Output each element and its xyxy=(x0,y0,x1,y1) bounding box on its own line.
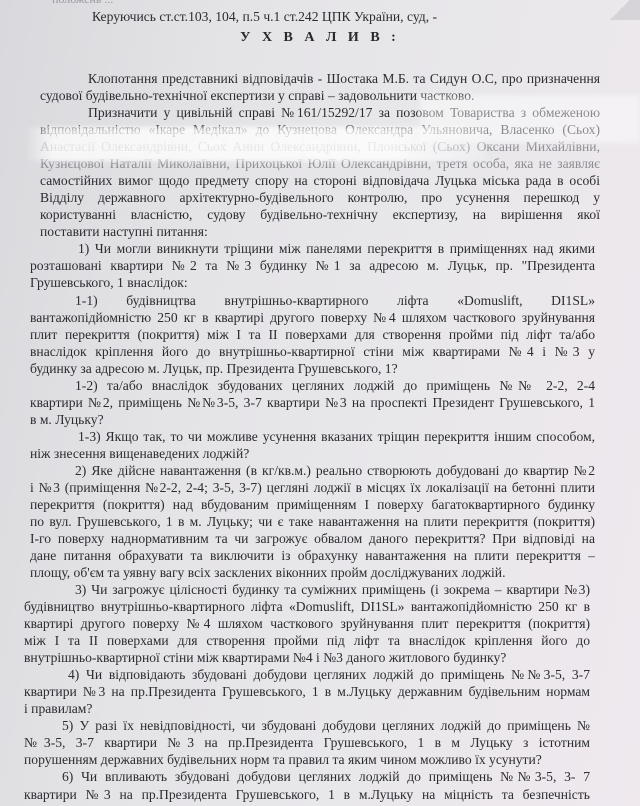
document-line: самостійних вимог щодо предмету спору на… xyxy=(40,173,600,189)
document-line: Відділу державного архітектурно-будівель… xyxy=(40,190,600,206)
document-line: площу, об'єм та уявну вагу всіх засклени… xyxy=(30,565,505,581)
document-line: перекриття (покриття) над вбудованим при… xyxy=(30,497,595,513)
document-line: порушенням державних будівельних норм та… xyxy=(24,752,542,768)
document-line: 6) Чи впливають збудовані добудови цегля… xyxy=(62,769,590,785)
document-line: розташовані квартири №2 та №3 будинку №1… xyxy=(30,258,595,274)
document-line: І-го поверху наднормативним та чи загрож… xyxy=(30,531,595,547)
document-line: будинку за адресою м. Луцьк, пр. Президе… xyxy=(30,361,398,377)
document-line: №3-5, 3-7 квартири №3 на пр.Президента Г… xyxy=(24,735,590,751)
document-line: квартири №2, приміщень №№3-5, 3-7 кварти… xyxy=(30,395,595,411)
document-line: судової будівельно-технічної експертизи … xyxy=(40,88,474,104)
document-line: Клопотання представникі відповідачів - Ш… xyxy=(88,71,600,87)
document-page: положень ... Керуючись ст.ст.103, 104, п… xyxy=(0,0,640,806)
document-line: 1-1) будівництва внутрішньо-квартирного … xyxy=(75,293,595,309)
document-line: будівництво внутрішньо-квартирного ліфта… xyxy=(24,599,590,615)
document-line: між І та ІІ поверхами для створення прой… xyxy=(24,633,590,649)
document-line: внаслідок кріплення його до внутрішньо-к… xyxy=(30,344,595,360)
document-line: 4) Чи відповідають збудовані добудови це… xyxy=(68,667,590,683)
document-line: плит перекриття (покриття) між І та ІІ п… xyxy=(30,327,595,343)
preamble: Керуючись ст.ст.103, 104, п.5 ч.1 ст.242… xyxy=(92,9,437,25)
page-corner-shadow xyxy=(600,0,640,20)
document-line: користуванні власністю, судову будівельн… xyxy=(40,207,600,223)
document-line: внутрішньо-квартирної стіни між квартира… xyxy=(24,650,506,666)
document-line: по вул. Грушевського, 1 в м. Луцьку; чи … xyxy=(30,514,595,530)
document-line: квартири №3 на пр.Президента Грушевськог… xyxy=(24,684,590,700)
redaction-overlay-right xyxy=(420,95,640,143)
document-line: 2) Яке дійсне навантаження (в кг/кв.м.) … xyxy=(75,463,595,479)
document-line: і №3 (приміщення №2-2, 2-4; 3-5, 3-7) це… xyxy=(30,480,595,496)
document-line: дане питання обрахувати та виключити із … xyxy=(30,548,595,564)
document-line: квартирі другого поверху №4 шляхом частк… xyxy=(24,616,590,632)
document-line: 1-3) Якщо так, то чи можливе усунення вк… xyxy=(78,429,595,445)
document-line: вантажопідйомністю 250 кг в квартирі дру… xyxy=(30,310,595,326)
redaction-overlay xyxy=(25,127,485,161)
ruling-heading: У Х В А Л И В : xyxy=(0,30,640,46)
document-line: ніж знесення вищенаведених лоджій? xyxy=(30,446,249,462)
document-line: в м. Луцьку? xyxy=(30,412,104,428)
document-line: 1) Чи могли виникнути тріщини між панеля… xyxy=(78,241,595,257)
document-line: і правилам? xyxy=(24,701,92,717)
document-line: Грушевського, 1 внаслідок: xyxy=(30,275,188,291)
document-line: 1-2) та/або внаслідок збудованих цегляни… xyxy=(75,378,595,394)
document-line: 3) Чи загрожує цілісності будинку та сум… xyxy=(75,582,590,598)
document-line: 5) У разі їх невідповідності, чи збудова… xyxy=(62,718,590,734)
document-line: поставити наступні питання: xyxy=(40,224,208,240)
top-fragment: положень ... xyxy=(52,0,113,7)
document-line: квартири №3 на пр.Президента Грушевськог… xyxy=(24,787,590,803)
